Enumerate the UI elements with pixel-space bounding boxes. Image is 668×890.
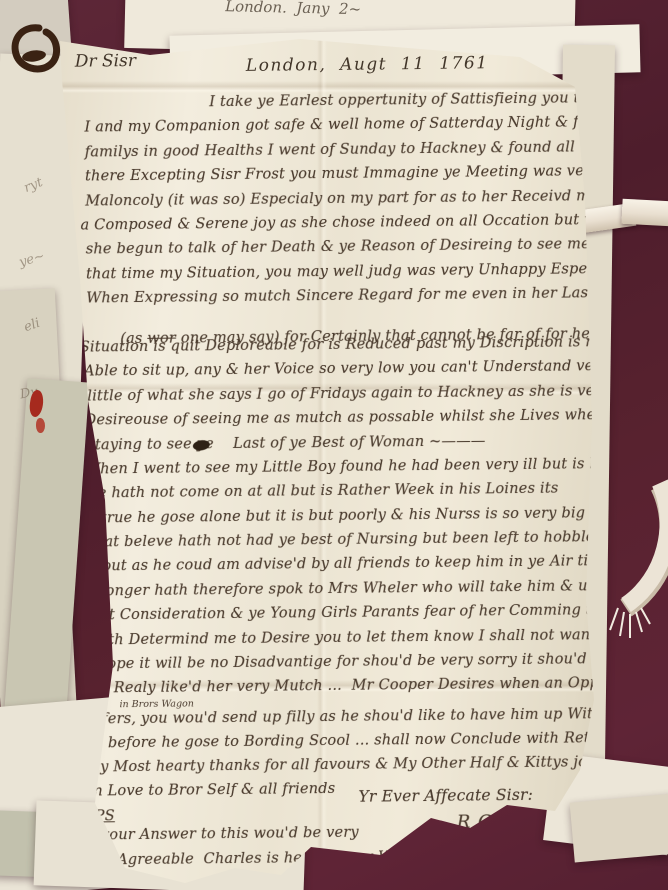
interline-insertion: in Brors Wagon	[119, 698, 194, 710]
letter-line: I and my Companion got safe & well home …	[84, 114, 589, 135]
ink-seal-mark	[6, 20, 68, 78]
letter-line: there Excepting Sisr Frost you must Imma…	[85, 163, 590, 184]
background-letter-heading: London. Jany 2~	[225, 0, 361, 18]
letter-line: When Expressing so mutch Sincere Regard …	[86, 285, 591, 306]
letter-line: Desireouse of seeing me as mutch as poss…	[84, 407, 589, 428]
letter-line: about as he coud am advise'd by all frie…	[84, 553, 589, 574]
letter-line: in Love to Bror Self & all friends	[88, 780, 388, 799]
cotton-tape-upper-end	[621, 199, 668, 227]
letter-line: Staying to see ye Last of ye Best of Wom…	[85, 432, 590, 453]
letter-line: Maloncoly (it was so) Especialy on my pa…	[85, 188, 590, 209]
letter-line: When I went to see my Little Boy found h…	[85, 456, 590, 477]
letter-line: that Consideration & ye Young Girls Para…	[85, 602, 590, 623]
photo-of-letter: London. Jany 2~ ryt ye~ eli Dy	[0, 0, 668, 890]
letter-line: she begun to talk of her Death & ye Reas…	[86, 236, 591, 257]
letter-line: little of what she says I go of Fridays …	[87, 383, 592, 404]
letter-line: that time my Situation, you may well jud…	[86, 261, 591, 282]
cotton-tape-lower	[588, 468, 668, 673]
stacked-paper-bottom-right-2	[570, 794, 668, 863]
letter-salutation: Dr Sisr	[75, 51, 136, 72]
letter-line: hath Determind me to Desire you to let t…	[90, 627, 595, 648]
letter-sheet: Dr Sisr London, Augt 11 1761 I take ye E…	[55, 25, 600, 890]
letter-line: Stronger hath therefore spok to Mrs Whel…	[82, 578, 587, 599]
letter-line: for Realy like'd her very Mutch ... Mr C…	[87, 675, 592, 696]
letter-line: us before he gose to Bording Scool ... s…	[86, 730, 591, 751]
letter-line: is true he gose alone but it is but poor…	[84, 505, 589, 526]
letter-line: he hath not come on at all but is Rather…	[88, 480, 593, 501]
letter-line: a Composed & Serene joy as she chose ind…	[80, 212, 585, 233]
letter-line: my Most hearty thanks for all favours & …	[86, 754, 591, 775]
letter-line: I hope it will be no Disadvantige for sh…	[87, 651, 592, 672]
postscript-line: your Answer to this wou'd be very	[101, 824, 401, 843]
red-wax-fragment	[36, 418, 45, 433]
letter-dateline: London, Augt 11 1761	[246, 53, 489, 76]
letter-line: that beleve hath not had ye best of Nurs…	[89, 529, 594, 550]
letter-text: Dr Sisr London, Augt 11 1761 I take ye E…	[50, 22, 604, 890]
letter-closing: Yr Ever Affecate Sisr:	[358, 785, 588, 805]
letter-line: familys in good Healths I went of Sunday…	[85, 139, 590, 160]
